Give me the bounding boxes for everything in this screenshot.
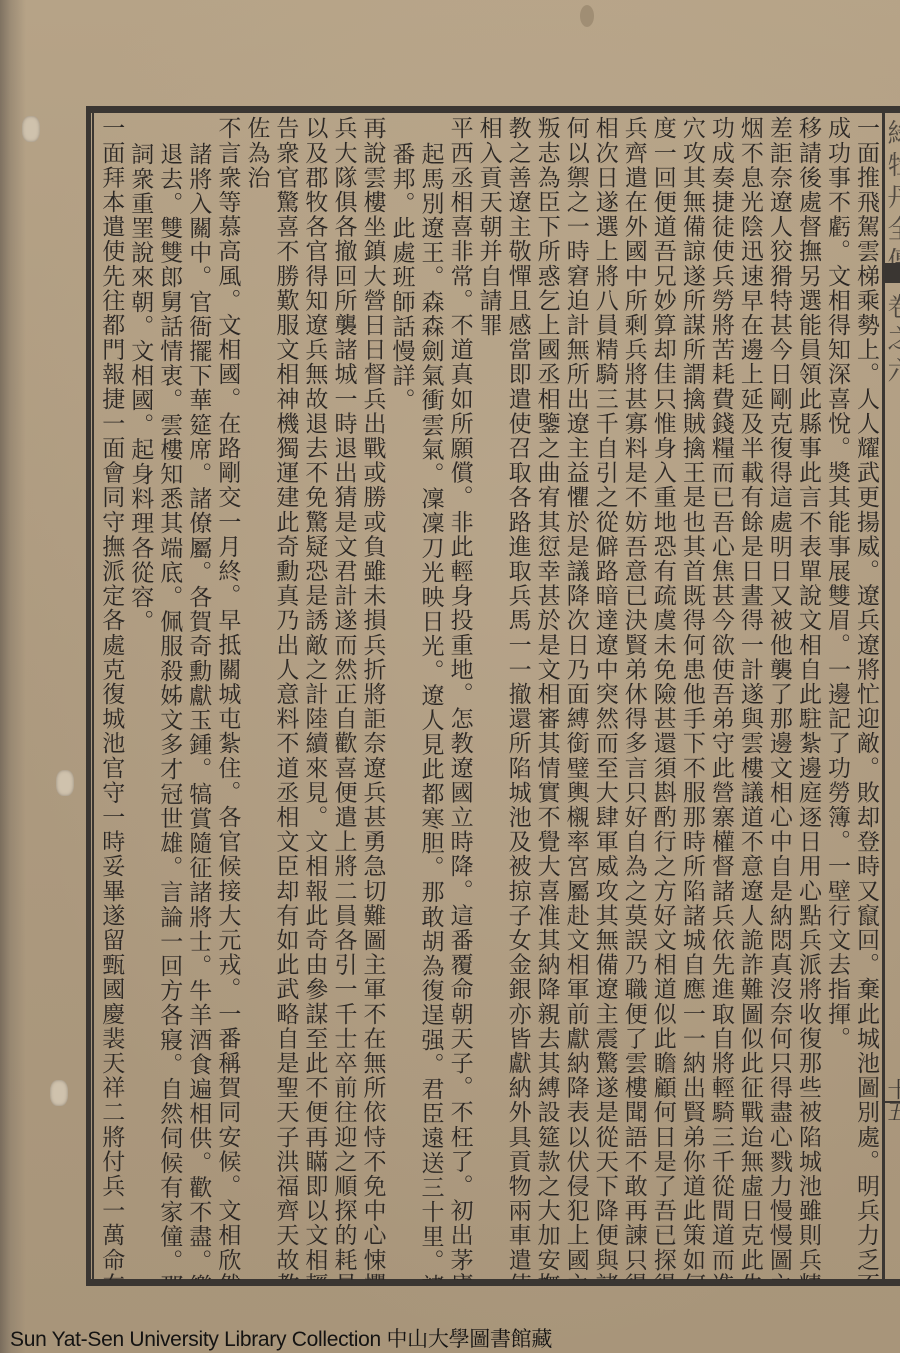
page-number: 十五 <box>885 1078 900 1122</box>
text-column: 兵大隊俱各撤回所襲諸城一時退出猜是文君計遂而然正自歡喜便遣上將二員各引一千士卒前… <box>328 116 357 1280</box>
text-column: 佐為治 <box>241 116 270 1280</box>
printed-border-inner-left <box>92 113 94 1279</box>
text-column: 平西丞相喜非常。不道真如所願償。非此輕身投重地。怎教遼國立時降。這番覆命朝天子。… <box>445 116 474 1280</box>
banxin-margin-column: 綠牡丹全傳 卷之六 十五 <box>885 113 900 1279</box>
text-column: 烟不息光陰迅速早在邊上延及半載有餘是日晝得一計遂與雲樓議道不意遼人詭詐難圖似此征… <box>735 116 764 1280</box>
binding-hole-middle <box>56 770 74 796</box>
scanned-page: 綠牡丹全傳 卷之六 十五 一面推飛駕雲梯乘勢上。人人耀武更揚威。遼兵遼將忙迎敵。… <box>0 0 900 1353</box>
text-column: 以及郡牧各官得知遼兵無故退去不免驚疑恐是誘敵之計陸續來見。文相報此奇由參謀至此不… <box>299 116 328 1280</box>
text-column: 起馬別遼王。森森劍氣衝雲氣。凜凜刀光映日光。遼人見此都寒胆。那敢胡為復逞强。君臣… <box>416 116 445 1280</box>
text-column: 詞衆重罣說來朝。文相國。起身料理各從容。 <box>125 116 154 1280</box>
text-column: 相次日遂選上將八員精騎三千自引之從僻路暗達遼中突然而至大肆軍威攻其無備遼主震驚遂… <box>590 116 619 1280</box>
text-column: 相入貢天朝并自請罪 <box>474 116 503 1280</box>
text-column: 退去。雙雙郎舅話情衷。雲樓知悉其端底。佩服殺姊文多才冠世雄。言論一回方各寢。自然… <box>154 116 183 1280</box>
text-column: 一面推飛駕雲梯乘勢上。人人耀武更揚威。遼兵遼將忙迎敵。敗却登時又竄回。棄此城池圖… <box>851 116 880 1280</box>
text-column: 穴攻其無備諒遂所謀所謂擒賊擒王是也其首既得何患他手下不服那時所陷諸城自應一一納出… <box>677 116 706 1280</box>
text-column: 度一回便道吾兄妙算却佳只惟身入重地恐有疏虞未免險甚還須斟酌行之方好文相道似此瞻顧… <box>648 116 677 1280</box>
text-column: 功成奏捷徒使兵勞將苦耗費錢糧而已吾心焦甚今欲使吾弟守此營寨權督諸兵依先進取自將輕… <box>706 116 735 1280</box>
text-column: 移請後處督撫另選能員領此縣事此言不表單說文相自此駐紮邊庭逐日用心點兵派將收復那些… <box>793 116 822 1280</box>
page-edge-shadow <box>0 0 26 1353</box>
binding-hole-top <box>22 116 40 142</box>
text-column: 告衆官驚喜不勝歎服文相神機獨運建此奇勳真乃出人意料不道丞相文臣却有如此武略自是聖… <box>270 116 299 1280</box>
vertical-text-body: 一面推飛駕雲梯乘勢上。人人耀武更揚威。遼兵遼將忙迎敵。敗却登時又竄回。棄此城池圖… <box>96 116 880 1280</box>
text-column: 教之善遼主敬憚且感當即遣使召取各路進取兵馬一一撤還所陷城池及被掠子女金銀亦皆獻納… <box>503 116 532 1280</box>
text-column: 一面拜本遣使先往都門報捷一面會同守撫派定各處克復城池官守一時妥畢遂留甄國慶裴天祥… <box>96 116 125 1280</box>
text-column: 番邦。此處班師話慢詳。 <box>386 116 415 1280</box>
ink-stain <box>580 5 594 27</box>
text-column: 不言衆等慕高風。文相國。在路剛交一月終。早抵關城屯紮住。各官候接大元戎。一番稱賀… <box>212 116 241 1280</box>
text-column: 叛志為臣下所惑乞上國丞相鑒之曲宥其愆幸甚於是文相審其情實不覺大喜准其納降親去其縛… <box>532 116 561 1280</box>
text-column: 諸將入關中。官衙擺下華筵席。諸僚屬。各賀奇勳獻玉鍾。犒賞隨征諸將士。牛羊酒食遍相… <box>183 116 212 1280</box>
banxin-bottom-rule <box>885 1101 900 1103</box>
text-column: 兵齊遣在外國中所剩兵將甚寡料是不妨吾意已決賢弟休得多言只好自為之莫誤乃職便了雲樓… <box>619 116 648 1280</box>
text-column: 差詎奈遼人狡猾特甚今日剛克復得這處明日又被他襲了那邊文相心中自是納悶真沒奈何只得… <box>764 116 793 1280</box>
fishtail-mark <box>885 263 900 283</box>
text-column: 何以禦之一時窘迫計無所出遼主益懼於是議降次日乃面縛銜璧輿櫬率宮屬赴文相軍前獻納降… <box>561 116 590 1280</box>
banxin-title: 綠牡丹全傳 卷之六 <box>885 119 900 389</box>
text-column: 再說雲樓坐鎮大營日日督兵出戰或勝或負雖未損兵折將詎奈遼兵甚勇急切難圖主軍不在無所… <box>357 116 386 1280</box>
library-watermark: Sun Yat-Sen University Library Collectio… <box>10 1323 552 1353</box>
text-column: 成功事不虧。文相得知深喜悅。奬其能事展雙眉。一邊記了功勞簿。一壁行文去指揮。 <box>822 116 851 1280</box>
binding-hole-lower <box>50 1080 68 1106</box>
